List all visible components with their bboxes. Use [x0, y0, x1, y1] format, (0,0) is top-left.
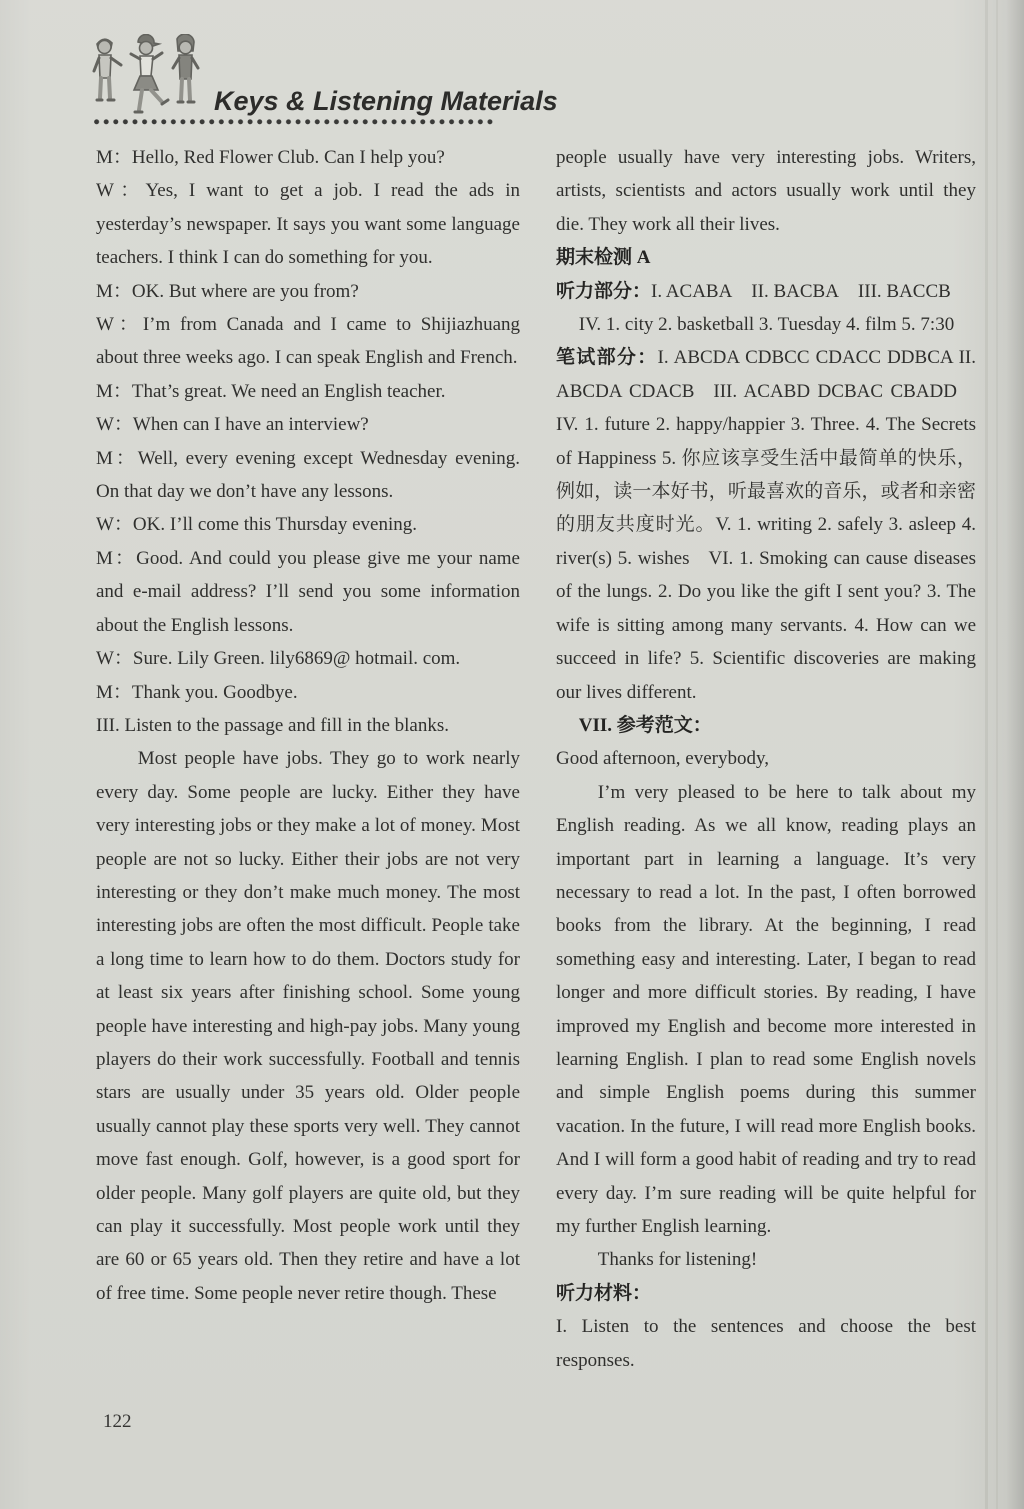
dialog-line: M：That’s great. We need an English teach…	[96, 375, 520, 408]
header-cartoon-figures-icon	[88, 34, 214, 130]
dialog-line: W：Sure. Lily Green. lily6869@ hotmail. c…	[96, 642, 520, 675]
listening-passage-continued: people usually have very interesting job…	[556, 141, 976, 241]
dialog-line: W：When can I have an interview?	[96, 408, 520, 441]
listening-materials-label: 听力材料：	[556, 1277, 976, 1310]
listening-passage: Most people have jobs. They go to work n…	[96, 742, 520, 1310]
listening-part-answers-iv: IV. 1. city 2. basketball 3. Tuesday 4. …	[556, 308, 976, 341]
dialog-line: W：Yes, I want to get a job. I read the a…	[96, 174, 520, 274]
essay-closing: Thanks for listening!	[556, 1243, 976, 1276]
scanned-book-page: Keys & Listening Materials M：Hello, Red …	[0, 0, 1024, 1509]
model-essay-label: VII. 参考范文：	[556, 709, 976, 742]
essay-body: I’m very pleased to be here to talk abou…	[556, 776, 976, 1244]
page-edge-shadow	[1006, 0, 1024, 1509]
section-instruction: III. Listen to the passage and fill in t…	[96, 709, 520, 742]
right-column: people usually have very interesting job…	[556, 141, 976, 1377]
dialog-line: M：Well, every evening except Wednesday e…	[96, 442, 520, 509]
dialog-line: M：Good. And could you please give me you…	[96, 542, 520, 642]
dialog-line: W：I’m from Canada and I came to Shijiazh…	[96, 308, 520, 375]
scan-crease-line	[985, 0, 988, 1509]
left-column: M：Hello, Red Flower Club. Can I help you…	[96, 141, 520, 1310]
dialog-line: M：Thank you. Goodbye.	[96, 676, 520, 709]
scan-crease-line-2	[996, 0, 998, 1509]
dialog-line: M：OK. But where are you from?	[96, 275, 520, 308]
dialog-line: W：OK. I’ll come this Thursday evening.	[96, 508, 520, 541]
section-heading-final-test-a: 期末检测 A	[556, 241, 976, 274]
page-number: 122	[103, 1411, 132, 1433]
page-header-title: Keys & Listening Materials	[214, 86, 558, 117]
listening-part-answers: 听力部分：I. ACABA II. BACBA III. BACCB	[556, 275, 976, 308]
header-dotted-rule	[94, 119, 494, 125]
dialog-line: M：Hello, Red Flower Club. Can I help you…	[96, 141, 520, 174]
written-part-answers: 笔试部分：I. ABCDA CDBCC CDACC DDBCA II. ABCD…	[556, 341, 976, 708]
listening-materials-section-i: I. Listen to the sentences and choose th…	[556, 1310, 976, 1377]
essay-greeting: Good afternoon, everybody,	[556, 742, 976, 775]
